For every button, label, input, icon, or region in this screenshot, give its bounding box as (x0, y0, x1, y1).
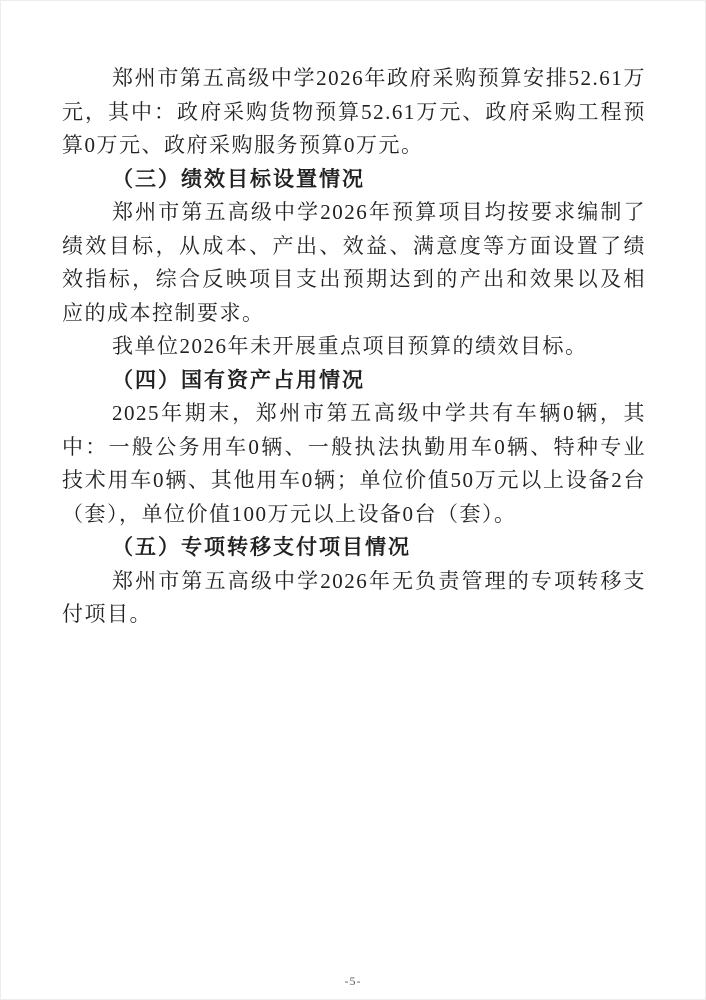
page-number: -5- (345, 974, 362, 988)
document-body: 郑州市第五高级中学2026年政府采购预算安排52.61万元，其中：政府采购货物预… (62, 62, 646, 632)
body-paragraph: 2025年期末，郑州市第五高级中学共有车辆0辆，其中：一般公务用车0辆、一般执法… (62, 397, 646, 531)
page-footer: -5- (0, 972, 706, 990)
body-paragraph: 我单位2026年未开展重点项目预算的绩效目标。 (62, 330, 646, 364)
section-heading: （五）专项转移支付项目情况 (62, 531, 646, 565)
document-page: 郑州市第五高级中学2026年政府采购预算安排52.61万元，其中：政府采购货物预… (0, 0, 706, 1000)
body-paragraph: 郑州市第五高级中学2026年政府采购预算安排52.61万元，其中：政府采购货物预… (62, 62, 646, 163)
body-paragraph: 郑州市第五高级中学2026年预算项目均按要求编制了绩效目标，从成本、产出、效益、… (62, 196, 646, 330)
body-paragraph: 郑州市第五高级中学2026年无负责管理的专项转移支付项目。 (62, 565, 646, 632)
section-heading: （三）绩效目标设置情况 (62, 163, 646, 197)
section-heading: （四）国有资产占用情况 (62, 364, 646, 398)
